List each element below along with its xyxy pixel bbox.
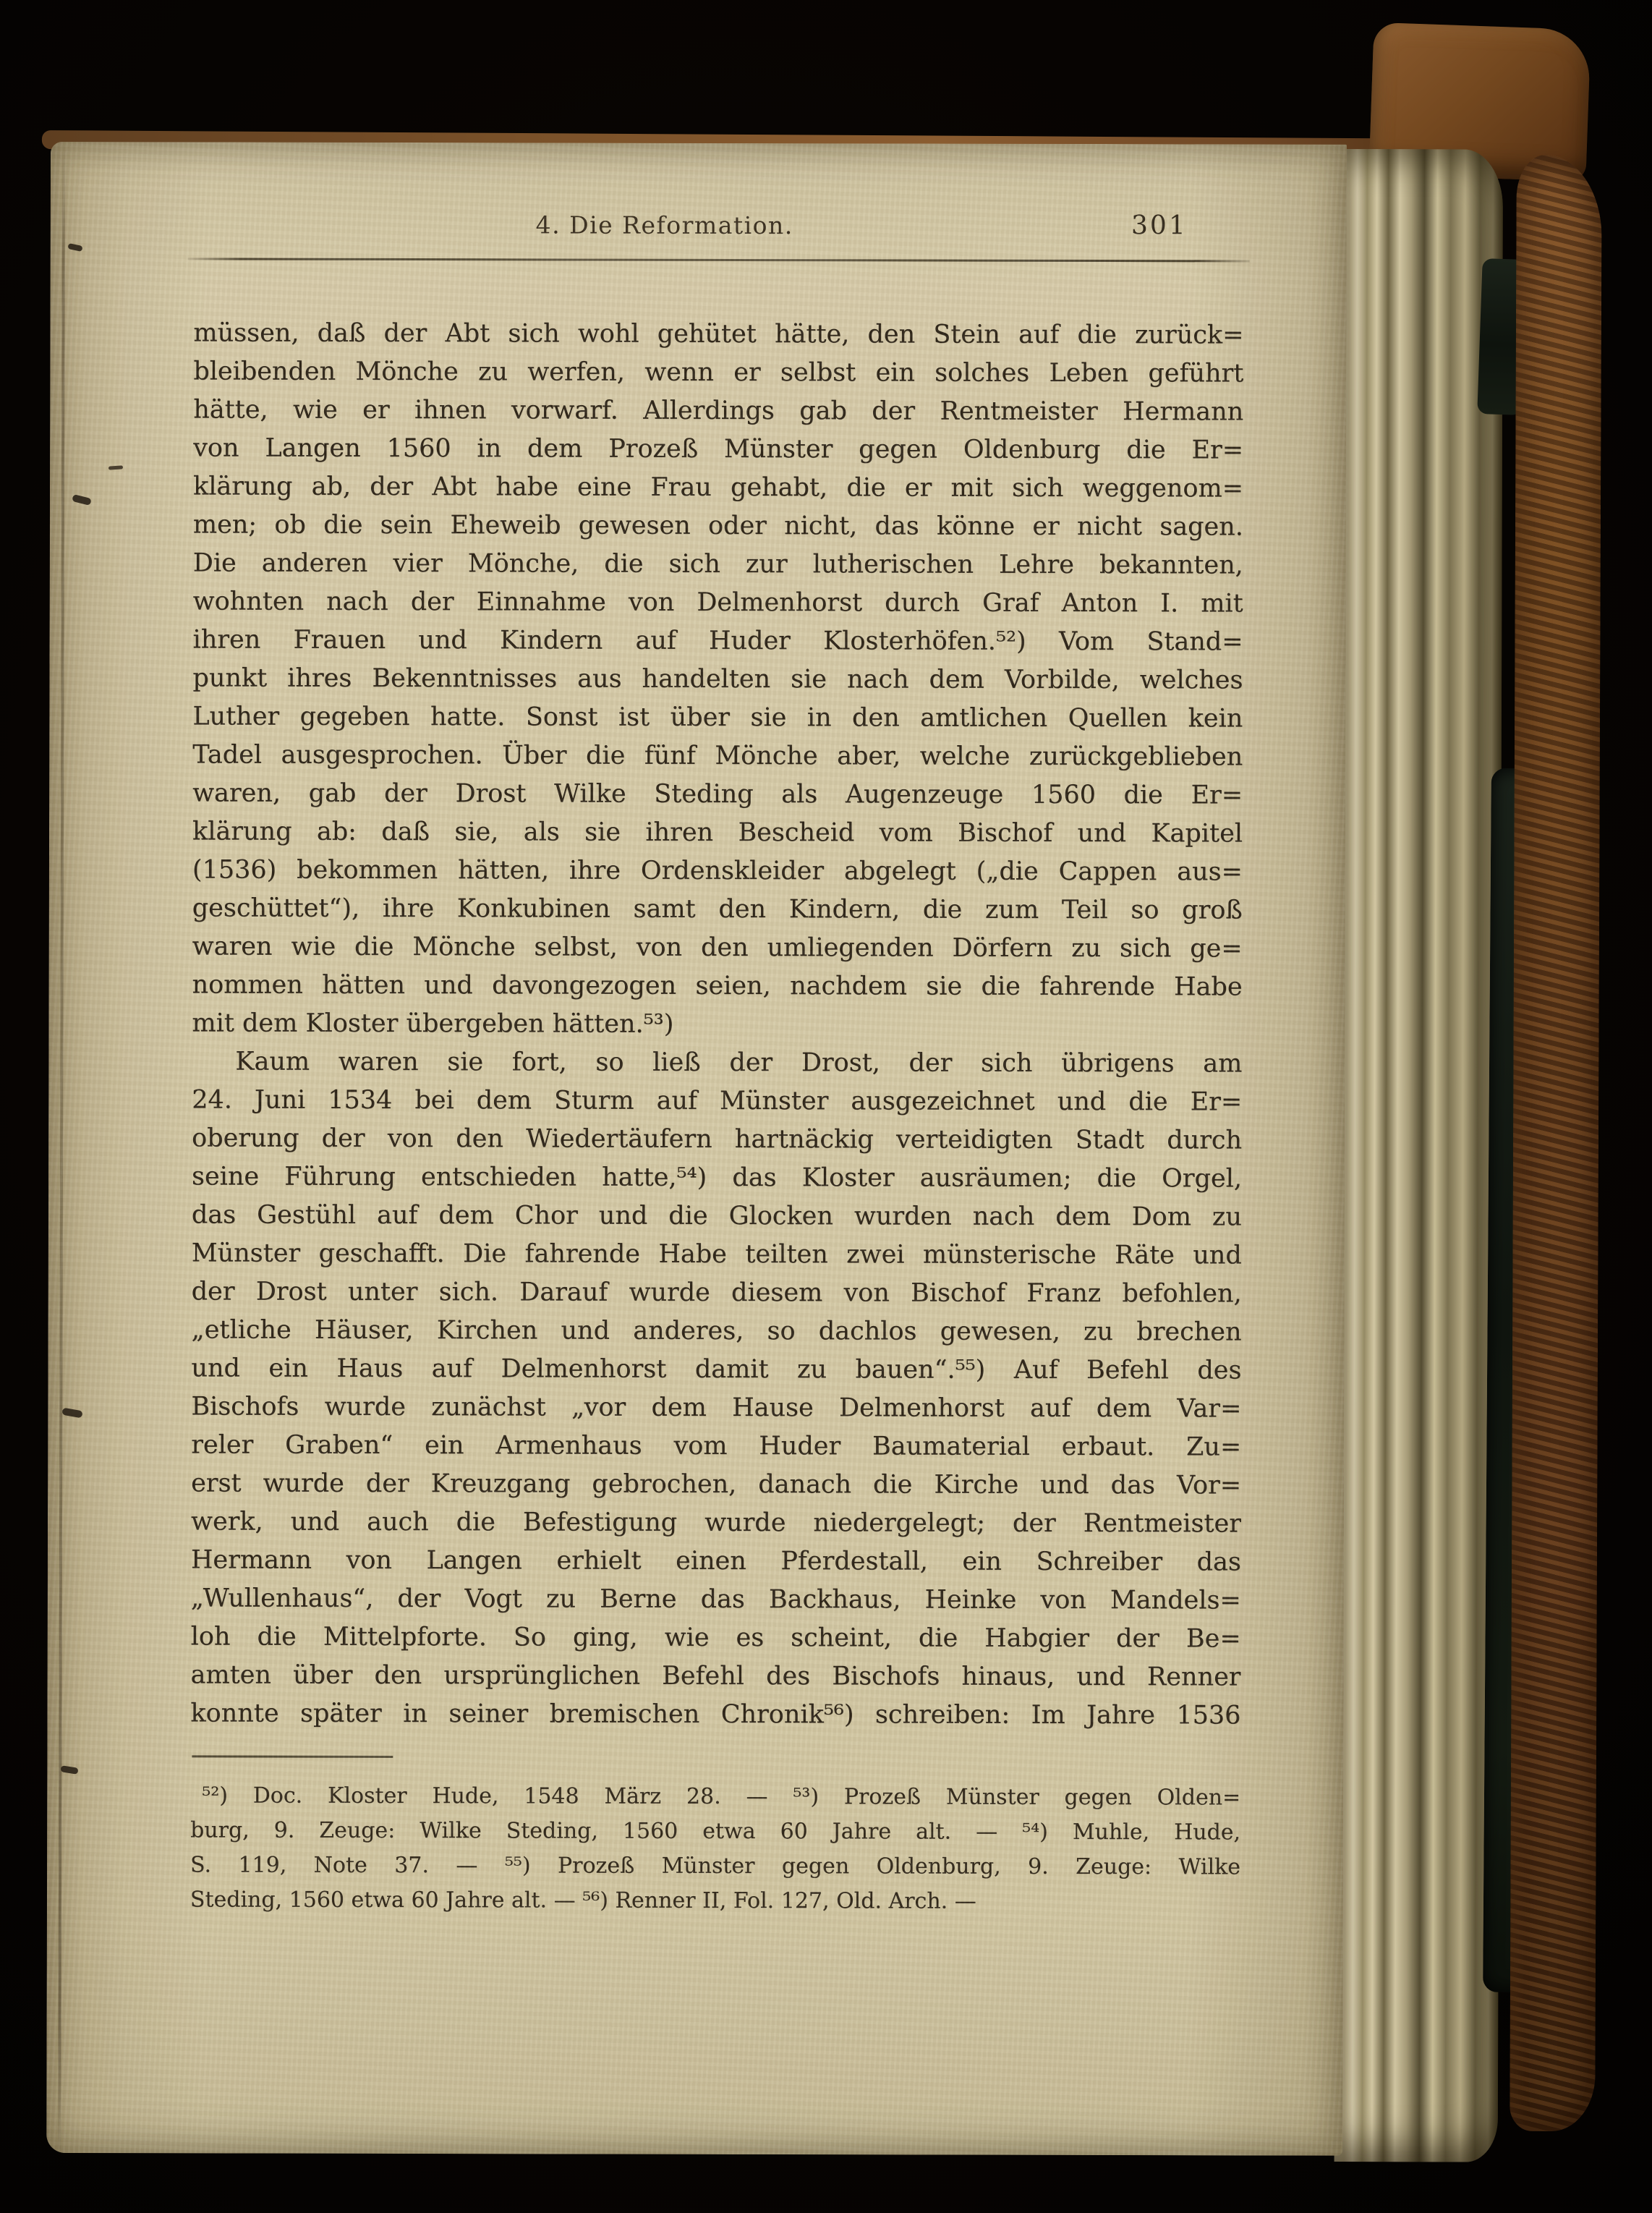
footnote-line: Steding, 1560 etwa 60 Jahre alt. — ⁵⁶) R… xyxy=(190,1882,1240,1919)
text-line: waren wie die Mönche selbst, von den uml… xyxy=(192,927,1243,968)
text-line: Münster geschafft. Die fahrende Habe tei… xyxy=(192,1234,1242,1275)
text-line: das Gestühl auf dem Chor und die Glocken… xyxy=(192,1196,1242,1236)
text-line: klärung ab: daß sie, als sie ihren Besch… xyxy=(192,812,1243,853)
text-line: Die anderen vier Mönche, die sich zur lu… xyxy=(193,544,1243,585)
footnote-separator-rule xyxy=(192,1755,393,1758)
text-line: und ein Haus auf Delmenhorst damit zu ba… xyxy=(191,1349,1241,1390)
text-line: men; ob die sein Eheweib gewesen oder ni… xyxy=(193,506,1243,546)
body-text: müssen, daß der Abt sich wohl gehütet hä… xyxy=(190,314,1243,1735)
text-line: Bischofs wurde zunächst „vor dem Hause D… xyxy=(191,1388,1241,1428)
text-line: waren, gab der Drost Wilke Steding als A… xyxy=(192,774,1243,815)
text-line: bleibenden Mönche zu werfen, wenn er sel… xyxy=(193,352,1243,393)
text-line: mit dem Kloster übergeben hätten.⁵³) xyxy=(192,1004,1242,1045)
text-line: Kaum waren sie fort, so ließ der Drost, … xyxy=(192,1042,1242,1083)
book-page: 4. Die Reformation. 301 müssen, daß der … xyxy=(46,142,1347,2156)
text-line: reler Graben“ ein Armenhaus vom Huder Ba… xyxy=(191,1426,1241,1466)
gutter-fold-line xyxy=(58,142,65,2153)
text-line: 24. Juni 1534 bei dem Sturm auf Münster … xyxy=(192,1081,1242,1121)
text-line: „etliche Häuser, Kirchen und anderes, so… xyxy=(192,1311,1242,1351)
chapter-title: 4. Die Reformation. xyxy=(194,210,1244,240)
text-line: Luther gegeben hatte. Sonst ist über sie… xyxy=(192,697,1243,738)
text-line: der Drost unter sich. Darauf wurde diese… xyxy=(192,1273,1242,1313)
footnote-line: burg, 9. Zeuge: Wilke Steding, 1560 etwa… xyxy=(190,1813,1240,1850)
footnotes: ⁵²) Doc. Kloster Hude, 1548 März 28. — ⁵… xyxy=(190,1778,1240,1919)
text-line: punkt ihres Bekenntnisses aus handelten … xyxy=(192,659,1243,700)
text-line: Hermann von Langen erhielt einen Pferdes… xyxy=(191,1541,1241,1581)
text-line: wohnten nach der Einnahme von Delmenhors… xyxy=(193,582,1243,623)
text-line: müssen, daß der Abt sich wohl gehütet hä… xyxy=(193,314,1243,354)
text-line: von Langen 1560 in dem Prozeß Münster ge… xyxy=(193,429,1243,470)
running-header: 4. Die Reformation. 301 xyxy=(194,210,1244,251)
text-line: seine Führung entschieden hatte,⁵⁴) das … xyxy=(192,1158,1242,1198)
book-photo: 4. Die Reformation. 301 müssen, daß der … xyxy=(0,0,1652,2213)
leather-spine-strip xyxy=(1510,155,1602,2131)
text-line: ihren Frauen und Kindern auf Huder Klost… xyxy=(193,621,1243,661)
text-line: amten über den ursprünglichen Befehl des… xyxy=(191,1656,1241,1696)
header-rule xyxy=(188,258,1250,262)
page-stack-fore-edge xyxy=(1334,149,1503,2162)
footnote-line: ⁵²) Doc. Kloster Hude, 1548 März 28. — ⁵… xyxy=(190,1778,1240,1815)
text-line: nommen hätten und davongezogen seien, na… xyxy=(192,966,1243,1006)
footnote-line: S. 119, Note 37. — ⁵⁵) Prozeß Münster ge… xyxy=(190,1848,1240,1885)
text-line: oberung der von den Wiedertäufern hartnä… xyxy=(192,1119,1242,1160)
text-line: klärung ab, der Abt habe eine Frau gehab… xyxy=(193,467,1243,508)
text-line: geschüttet“), ihre Konkubinen samt den K… xyxy=(192,889,1243,930)
text-line: „Wullenhaus“, der Vogt zu Berne das Back… xyxy=(191,1579,1241,1620)
text-line: werk, und auch die Befestigung wurde nie… xyxy=(191,1503,1241,1543)
text-line: (1536) bekommen hätten, ihre Ordenskleid… xyxy=(192,851,1243,891)
text-line: konnte später in seiner bremischen Chron… xyxy=(190,1694,1240,1735)
text-line: Tadel ausgesprochen. Über die fünf Mönch… xyxy=(192,736,1243,776)
page-number: 301 xyxy=(1131,211,1188,240)
text-line: loh die Mittelpforte. So ging, wie es sc… xyxy=(191,1618,1241,1658)
text-line: hätte, wie er ihnen vorwarf. Allerdings … xyxy=(193,391,1243,431)
text-line: erst wurde der Kreuzgang gebrochen, dana… xyxy=(191,1464,1241,1505)
